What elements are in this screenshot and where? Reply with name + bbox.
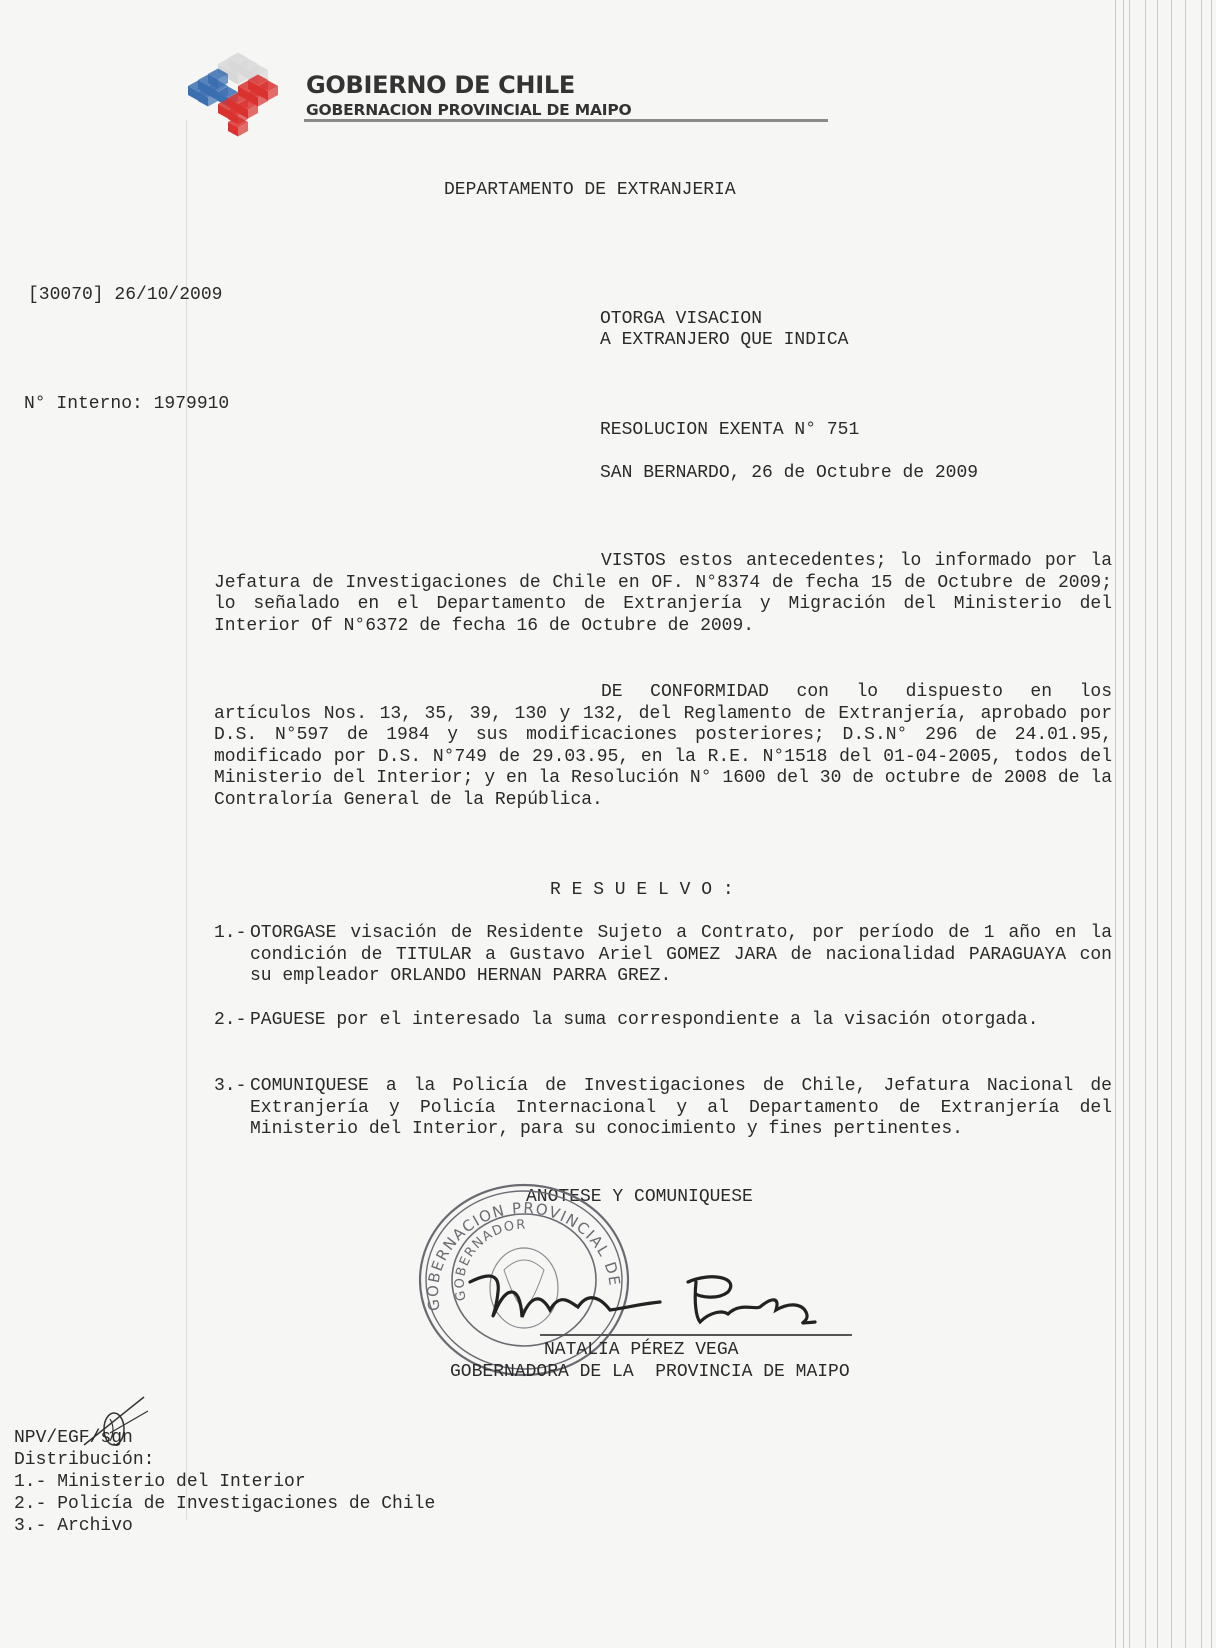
vistos-paragraph: VISTOS estos antecedentes; lo informado … — [214, 551, 1112, 637]
subject-line-2: A EXTRANJERO QUE INDICA — [600, 330, 848, 351]
org-title: GOBIERNO DE CHILE — [306, 71, 575, 99]
place-date: SAN BERNARDO, 26 de Octubre de 2009 — [600, 463, 978, 484]
resuelvo-heading: R E S U E L V O : — [550, 880, 734, 901]
conformidad-paragraph: DE CONFORMIDAD con lo dispuesto en los a… — [214, 682, 1112, 812]
reference-date: [30070] 26/10/2009 — [28, 285, 222, 306]
subject-line-1: OTORGA VISACION — [600, 309, 762, 330]
header-rule — [304, 119, 828, 122]
resolution-item-1: 1.- OTORGASE visación de Residente Sujet… — [214, 923, 1112, 988]
resolution-number: RESOLUCION EXENTA N° 751 — [600, 420, 859, 441]
scan-edge-lines — [1106, 0, 1216, 1648]
department-title: DEPARTAMENTO DE EXTRANJERIA — [444, 180, 736, 201]
org-subtitle: GOBERNACION PROVINCIAL DE MAIPO — [306, 101, 631, 119]
resolution-item-2: 2.- PAGUESE por el interesado la suma co… — [214, 1010, 1112, 1032]
signer-title: GOBERNADORA DE LA PROVINCIA DE MAIPO — [450, 1362, 850, 1383]
distribution-item: 1.- Ministerio del Interior — [14, 1472, 306, 1493]
internal-number: N° Interno: 1979910 — [24, 394, 229, 415]
distribution-item: 2.- Policía de Investigaciones de Chile — [14, 1494, 435, 1515]
signature-line — [540, 1334, 852, 1336]
distribution-label: Distribución: — [14, 1450, 154, 1471]
distribution-item: 3.- Archivo — [14, 1516, 133, 1537]
gobierno-logo-icon — [188, 50, 288, 147]
resolution-item-3: 3.- COMUNIQUESE a la Policía de Investig… — [214, 1076, 1112, 1141]
scan-fold-line — [186, 120, 187, 1520]
document-page: GOBIERNO DE CHILE GOBERNACION PROVINCIAL… — [0, 0, 1216, 1648]
typist-initials: NPV/EGF/sgn — [14, 1428, 133, 1449]
signer-name: NATALIA PÉREZ VEGA — [544, 1340, 738, 1361]
